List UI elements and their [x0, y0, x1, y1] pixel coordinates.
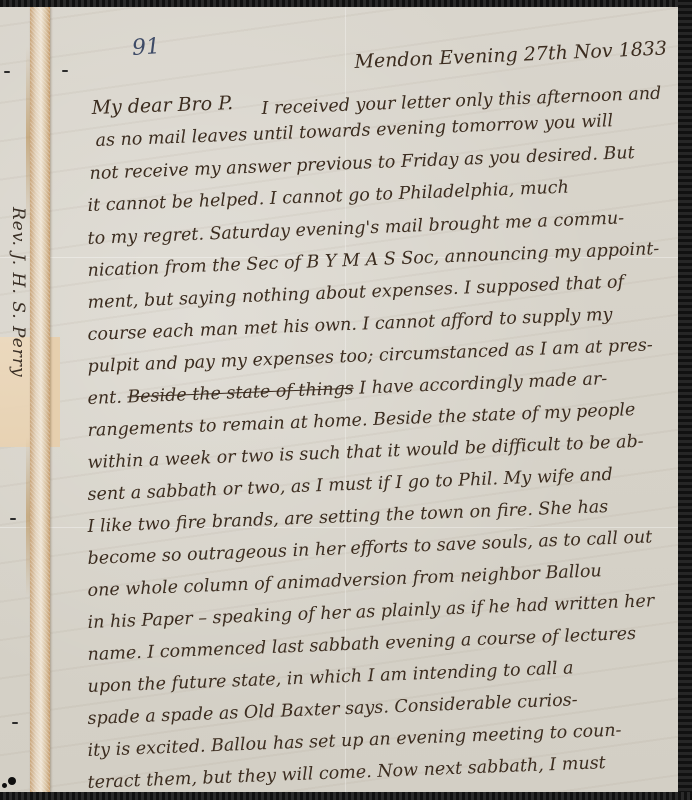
ink-blot — [2, 783, 7, 788]
handwritten-line: spade a spade as Old Baxter says. Consid… — [87, 690, 578, 729]
folio-number: 91 — [131, 34, 161, 61]
handwritten-line: it cannot be helped. I cannot go to Phil… — [87, 178, 569, 216]
repair-tape-edge — [50, 337, 60, 447]
binding-ribbon — [30, 7, 50, 793]
handwritten-line: teract them, but they will come. Now nex… — [87, 753, 606, 793]
salutation: My dear Bro P. — [91, 92, 233, 119]
pin-hole — [10, 518, 16, 520]
docket-annotation: Rev. J. H. S. Perry — [8, 207, 28, 378]
scan-frame-right — [678, 0, 692, 800]
pin-hole — [62, 70, 68, 72]
struck-through-text: Beside the state of things — [127, 379, 354, 408]
handwritten-line: upon the future state, in which I am int… — [87, 658, 574, 697]
letter-page: 91 Rev. J. H. S. Perry Mendon Evening 27… — [0, 7, 678, 793]
pin-hole — [4, 71, 10, 73]
handwritten-line: as no mail leaves until towards evening … — [95, 111, 613, 151]
pin-hole — [12, 722, 18, 724]
ink-blot — [8, 777, 16, 785]
dateline: Mendon Evening 27th Nov 1833 — [354, 37, 667, 73]
scan-frame-bottom — [0, 792, 692, 800]
